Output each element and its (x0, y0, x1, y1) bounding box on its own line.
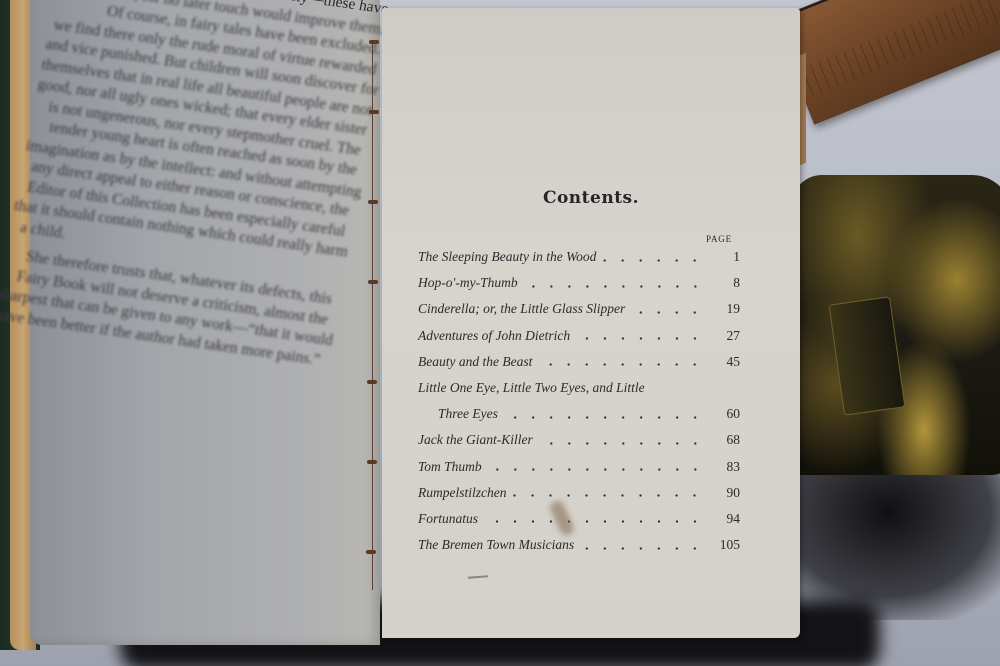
toc-entry-continuation: Three Eyes 60 (418, 401, 740, 427)
toc-entry: Little One Eye, Little Two Eyes, and Lit… (418, 375, 740, 401)
dot-leader (576, 337, 704, 340)
toc-entry: Hop-o'-my-Thumb 8 (418, 270, 740, 296)
toc-entry-page: 94 (718, 511, 740, 527)
dot-leader (488, 468, 704, 471)
dot-leader (539, 442, 704, 445)
dot-leader (524, 285, 704, 288)
binding-thread (367, 460, 377, 464)
toc-entry: Tom Thumb 83 (418, 454, 740, 480)
binding-thread (368, 200, 378, 204)
toc-entry-title: Three Eyes (418, 406, 504, 422)
toc-entry-title: Little One Eye, Little Two Eyes, and Lit… (418, 380, 651, 396)
dot-leader (512, 494, 704, 497)
toc-entry-page: 68 (718, 432, 740, 448)
toc-entry: Adventures of John Dietrich 27 (418, 323, 740, 349)
contents-heading: Contents. (382, 188, 800, 208)
toc-entry-title: Beauty and the Beast (418, 354, 538, 370)
toc-entry-title: Tom Thumb (418, 459, 488, 475)
toc-entry: The Sleeping Beauty in the Wood 1 (418, 244, 740, 270)
toc-entry-title: Rumpelstilzchen (418, 485, 512, 501)
dot-leader (538, 363, 704, 366)
toc-entry: Beauty and the Beast 45 (418, 349, 740, 375)
toc-entry-title: The Bremen Town Musicians (418, 537, 580, 553)
toc-entry-title: Adventures of John Dietrich (418, 328, 576, 344)
binding-thread (366, 550, 376, 554)
dot-leader (651, 390, 704, 393)
dot-leader (580, 547, 704, 550)
toc-entry-page: 83 (718, 459, 740, 475)
book-binding-gutter (372, 40, 383, 590)
toc-entry-page: 45 (718, 354, 740, 370)
dot-leader (631, 311, 704, 314)
toc-entry-title: Hop-o'-my-Thumb (418, 275, 524, 291)
toc-entry-page: 19 (718, 301, 740, 317)
toc-entry-title: Jack the Giant-Killer (418, 432, 539, 448)
toc-entry: Rumpelstilzchen 90 (418, 480, 740, 506)
binding-thread (369, 110, 379, 114)
toc-entry-title: Cinderella; or, the Little Glass Slipper (418, 301, 631, 317)
binding-thread (369, 40, 379, 44)
dot-leader (602, 259, 704, 262)
toc-entry: Fortunatus 94 (418, 506, 740, 532)
toc-entry-title: The Sleeping Beauty in the Wood (418, 249, 602, 265)
toc-entry-page: 105 (718, 537, 740, 553)
toc-entry: Cinderella; or, the Little Glass Slipper… (418, 296, 740, 322)
toc-entry-page: 90 (718, 485, 740, 501)
binding-thread (368, 280, 378, 284)
toc-entry-page: 8 (718, 275, 740, 291)
dot-leader (504, 416, 704, 419)
page-column-label: PAGE (706, 234, 732, 244)
toc-entry-page: 1 (718, 249, 740, 265)
toc-entry: The Bremen Town Musicians 105 (418, 532, 740, 558)
photo-scene: green immortality—these have ern stories… (0, 0, 1000, 666)
table-of-contents: The Sleeping Beauty in the Wood 1 Hop-o'… (418, 244, 740, 558)
toc-entry-page: 27 (718, 328, 740, 344)
toc-entry-title: Fortunatus (418, 511, 484, 527)
toc-entry: Jack the Giant-Killer 68 (418, 427, 740, 453)
binding-thread (367, 380, 377, 384)
dot-leader (484, 520, 704, 523)
toc-entry-page: 60 (718, 406, 740, 422)
bronze-bookend (792, 175, 1000, 475)
